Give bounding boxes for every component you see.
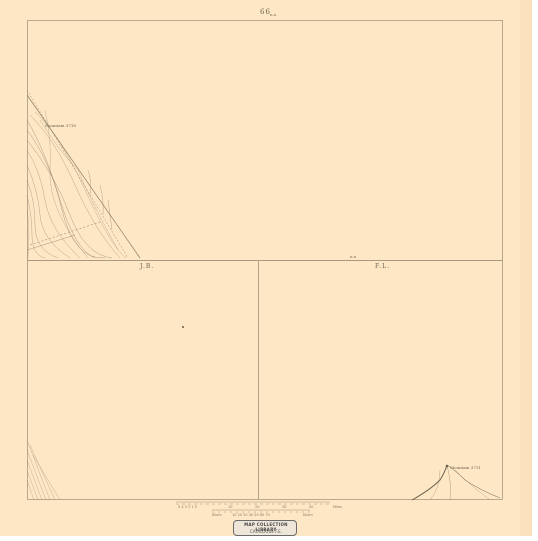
stamp-catalogue: CATALOGUE F.E.: [237, 529, 295, 534]
svg-text:Kilom: Kilom: [212, 513, 222, 517]
map-sheet: 66 n.e. n.e. J.B. F.L. Mountain 3716 Mou…: [0, 0, 530, 536]
svg-text:10 20 30 40 50 60 70: 10 20 30 40 50 60 70: [232, 513, 270, 517]
svg-text:10: 10: [228, 505, 232, 509]
svg-text:40: 40: [309, 505, 313, 509]
terrain-mountain-lower-right: [412, 465, 500, 500]
svg-text:Kilom: Kilom: [303, 513, 313, 517]
terrain-hatch-lower-left: [27, 440, 60, 500]
svg-text:Miles: Miles: [333, 505, 342, 509]
scale-bar: [176, 502, 330, 512]
svg-text:5 4 3 2 1 0: 5 4 3 2 1 0: [178, 505, 197, 509]
svg-text:30: 30: [282, 505, 286, 509]
library-stamp: MAP COLLECTION LIBRARY CATALOGUE F.E.: [233, 520, 297, 536]
map-linework: 5 4 3 2 1 0 10 20 30 40 Miles Kilom 10 2…: [0, 0, 538, 541]
scale-bar-labels: 5 4 3 2 1 0 10 20 30 40 Miles Kilom 10 2…: [178, 505, 342, 517]
terrain-contours-upper-left: [27, 90, 140, 258]
svg-text:20: 20: [255, 505, 259, 509]
